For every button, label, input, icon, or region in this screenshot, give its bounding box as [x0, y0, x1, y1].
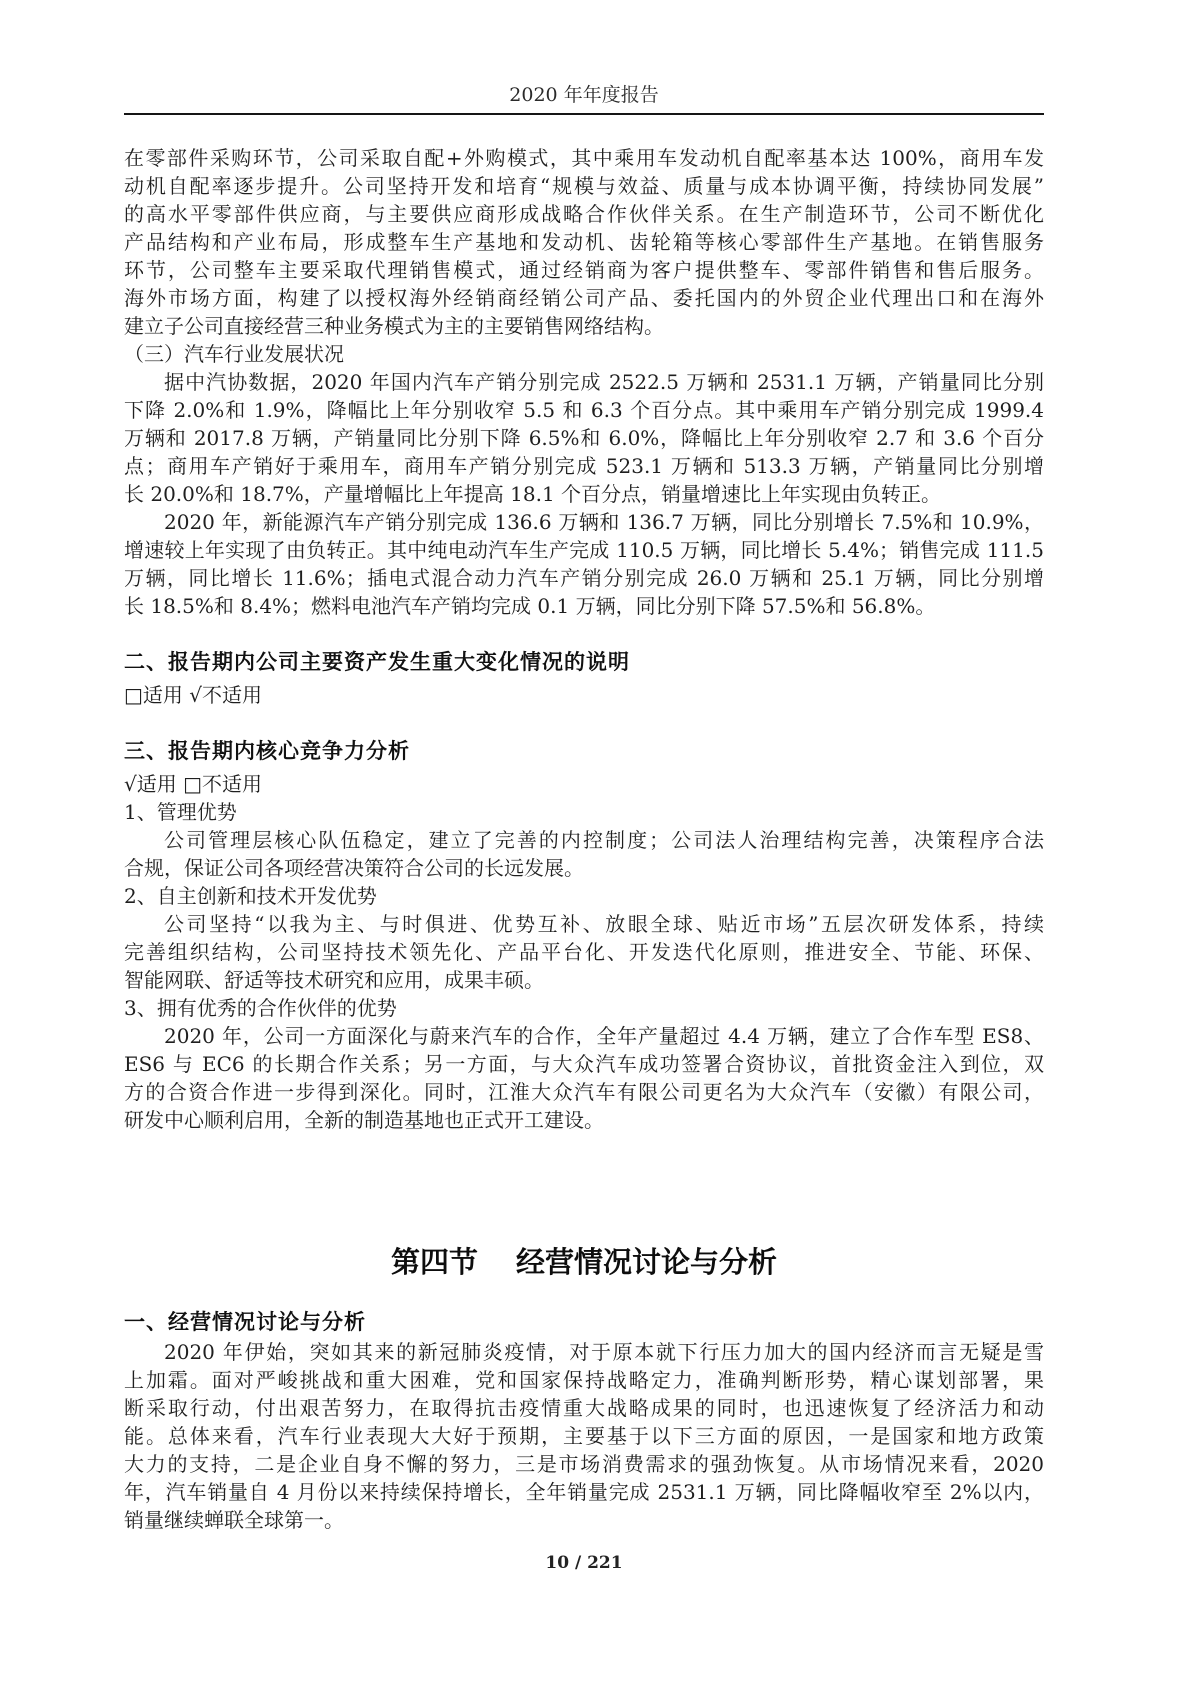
paragraph-line: 公司管理层核心队伍稳定，建立了完善的内控制度；公司法人治理结构完善，决策程序合法: [124, 826, 1044, 854]
paragraph-line: 大力的支持，二是企业自身不懈的努力，三是市场消费需求的强劲恢复。从市场情况来看，…: [124, 1450, 1044, 1478]
chapter-title: 经营情况讨论与分析: [516, 1245, 777, 1279]
paragraph-line: 增速较上年实现了由负转正。其中纯电动汽车生产完成 110.5 万辆，同比增长 5…: [124, 536, 1044, 564]
paragraph: 2020 年，新能源汽车产销分别完成 136.6 万辆和 136.7 万辆，同比…: [124, 508, 1044, 620]
paragraph: 据中汽协数据，2020 年国内汽车产销分别完成 2522.5 万辆和 2531.…: [124, 368, 1044, 508]
sub-heading: （三）汽车行业发展状况: [124, 340, 1044, 368]
paragraph-line: 的高水平零部件供应商，与主要供应商形成战略合作伙伴关系。在生产制造环节，公司不断…: [124, 200, 1044, 228]
paragraph-line: 海外市场方面，构建了以授权海外经销商经销公司产品、委托国内的外贸企业代理出口和在…: [124, 284, 1044, 312]
page-number: 10 / 221: [124, 1553, 1044, 1573]
paragraph-line: 产品结构和产业布局，形成整车生产基地和发动机、齿轮箱等核心零部件生产基地。在销售…: [124, 228, 1044, 256]
applicability-line: □适用 √不适用: [124, 681, 1044, 709]
paragraph: 公司管理层核心队伍稳定，建立了完善的内控制度；公司法人治理结构完善，决策程序合法…: [124, 826, 1044, 882]
paragraph: 公司坚持“以我为主、与时俱进、优势互补、放眼全球、贴近市场”五层次研发体系，持续…: [124, 910, 1044, 994]
paragraph-line: 销量继续蝉联全球第一。: [124, 1506, 1044, 1534]
paragraph-line: 环节，公司整车主要采取代理销售模式，通过经销商为客户提供整车、零部件销售和售后服…: [124, 256, 1044, 284]
applicability-line: √适用 □不适用: [124, 770, 1044, 798]
sub-heading: 3、拥有优秀的合作伙伴的优势: [124, 994, 1044, 1022]
paragraph-line: 上加霜。面对严峻挑战和重大困难，党和国家保持战略定力，准确判断形势，精心谋划部署…: [124, 1366, 1044, 1394]
paragraph-line: ES6 与 EC6 的长期合作关系；另一方面，与大众汽车成功签署合资协议，首批资…: [124, 1050, 1044, 1078]
paragraph-line: 2020 年，新能源汽车产销分别完成 136.6 万辆和 136.7 万辆，同比…: [124, 508, 1044, 536]
paragraph-line: 2020 年，公司一方面深化与蔚来汽车的合作，全年产量超过 4.4 万辆，建立了…: [124, 1022, 1044, 1050]
paragraph: 2020 年，公司一方面深化与蔚来汽车的合作，全年产量超过 4.4 万辆，建立了…: [124, 1022, 1044, 1134]
sub-heading: 2、自主创新和技术开发优势: [124, 882, 1044, 910]
paragraph: 在零部件采购环节，公司采取自配+外购模式，其中乘用车发动机自配率基本达 100%…: [124, 144, 1044, 340]
section-heading: 二、报告期内公司主要资产发生重大变化情况的说明: [124, 646, 1044, 678]
paragraph-line: 万辆和 2017.8 万辆，产销量同比分别下降 6.5%和 6.0%，降幅比上年…: [124, 424, 1044, 452]
paragraph-line: 能。总体来看，汽车行业表现大大好于预期，主要基于以下三方面的原因，一是国家和地方…: [124, 1422, 1044, 1450]
paragraph-line: 合规，保证公司各项经营决策符合公司的长远发展。: [124, 854, 1044, 882]
paragraph-line: 万辆，同比增长 11.6%；插电式混合动力汽车产销分别完成 26.0 万辆和 2…: [124, 564, 1044, 592]
section-heading: 一、经营情况讨论与分析: [124, 1306, 1044, 1338]
paragraph-line: 研发中心顺利启用，全新的制造基地也正式开工建设。: [124, 1106, 1044, 1134]
document-blocks: 在零部件采购环节，公司采取自配+外购模式，其中乘用车发动机自配率基本达 100%…: [124, 115, 1044, 1534]
chapter-heading: 第四节经营情况讨论与分析: [124, 1244, 1044, 1280]
paragraph-line: 完善组织结构，公司坚持技术领先化、产品平台化、开发迭代化原则，推进安全、节能、环…: [124, 938, 1044, 966]
sub-heading: 1、管理优势: [124, 798, 1044, 826]
paragraph-line: 年，汽车销量自 4 月份以来持续保持增长，全年销量完成 2531.1 万辆，同比…: [124, 1478, 1044, 1506]
paragraph: 2020 年伊始，突如其来的新冠肺炎疫情，对于原本就下行压力加大的国内经济而言无…: [124, 1338, 1044, 1534]
page-inner: 2020 年年度报告 在零部件采购环节，公司采取自配+外购模式，其中乘用车发动机…: [124, 0, 1044, 1573]
paragraph-line: 据中汽协数据，2020 年国内汽车产销分别完成 2522.5 万辆和 2531.…: [124, 368, 1044, 396]
section-heading: 三、报告期内核心竞争力分析: [124, 735, 1044, 767]
paragraph-line: 断采取行动，付出艰苦努力，在取得抗击疫情重大战略成果的同时，也迅速恢复了经济活力…: [124, 1394, 1044, 1422]
paragraph-line: 方的合资合作进一步得到深化。同时，江淮大众汽车有限公司更名为大众汽车（安徽）有限…: [124, 1078, 1044, 1106]
report-page: 2020 年年度报告 在零部件采购环节，公司采取自配+外购模式，其中乘用车发动机…: [0, 0, 1200, 1698]
paragraph-line: 建立子公司直接经营三种业务模式为主的主要销售网络结构。: [124, 312, 1044, 340]
paragraph-line: 长 20.0%和 18.7%，产量增幅比上年提高 18.1 个百分点，销量增速比…: [124, 480, 1044, 508]
paragraph-line: 智能网联、舒适等技术研究和应用，成果丰硕。: [124, 966, 1044, 994]
paragraph-line: 动机自配率逐步提升。公司坚持开发和培育“规模与效益、质量与成本协调平衡，持续协同…: [124, 172, 1044, 200]
paragraph-line: 点；商用车产销好于乘用车，商用车产销分别完成 523.1 万辆和 513.3 万…: [124, 452, 1044, 480]
paragraph-line: 长 18.5%和 8.4%；燃料电池汽车产销均完成 0.1 万辆，同比分别下降 …: [124, 592, 1044, 620]
report-header-title: 2020 年年度报告: [124, 0, 1044, 106]
paragraph-line: 公司坚持“以我为主、与时俱进、优势互补、放眼全球、贴近市场”五层次研发体系，持续: [124, 910, 1044, 938]
chapter-number: 第四节: [391, 1245, 478, 1279]
paragraph-line: 2020 年伊始，突如其来的新冠肺炎疫情，对于原本就下行压力加大的国内经济而言无…: [124, 1338, 1044, 1366]
paragraph-line: 下降 2.0%和 1.9%，降幅比上年分别收窄 5.5 和 6.3 个百分点。其…: [124, 396, 1044, 424]
paragraph-line: 在零部件采购环节，公司采取自配+外购模式，其中乘用车发动机自配率基本达 100%…: [124, 144, 1044, 172]
